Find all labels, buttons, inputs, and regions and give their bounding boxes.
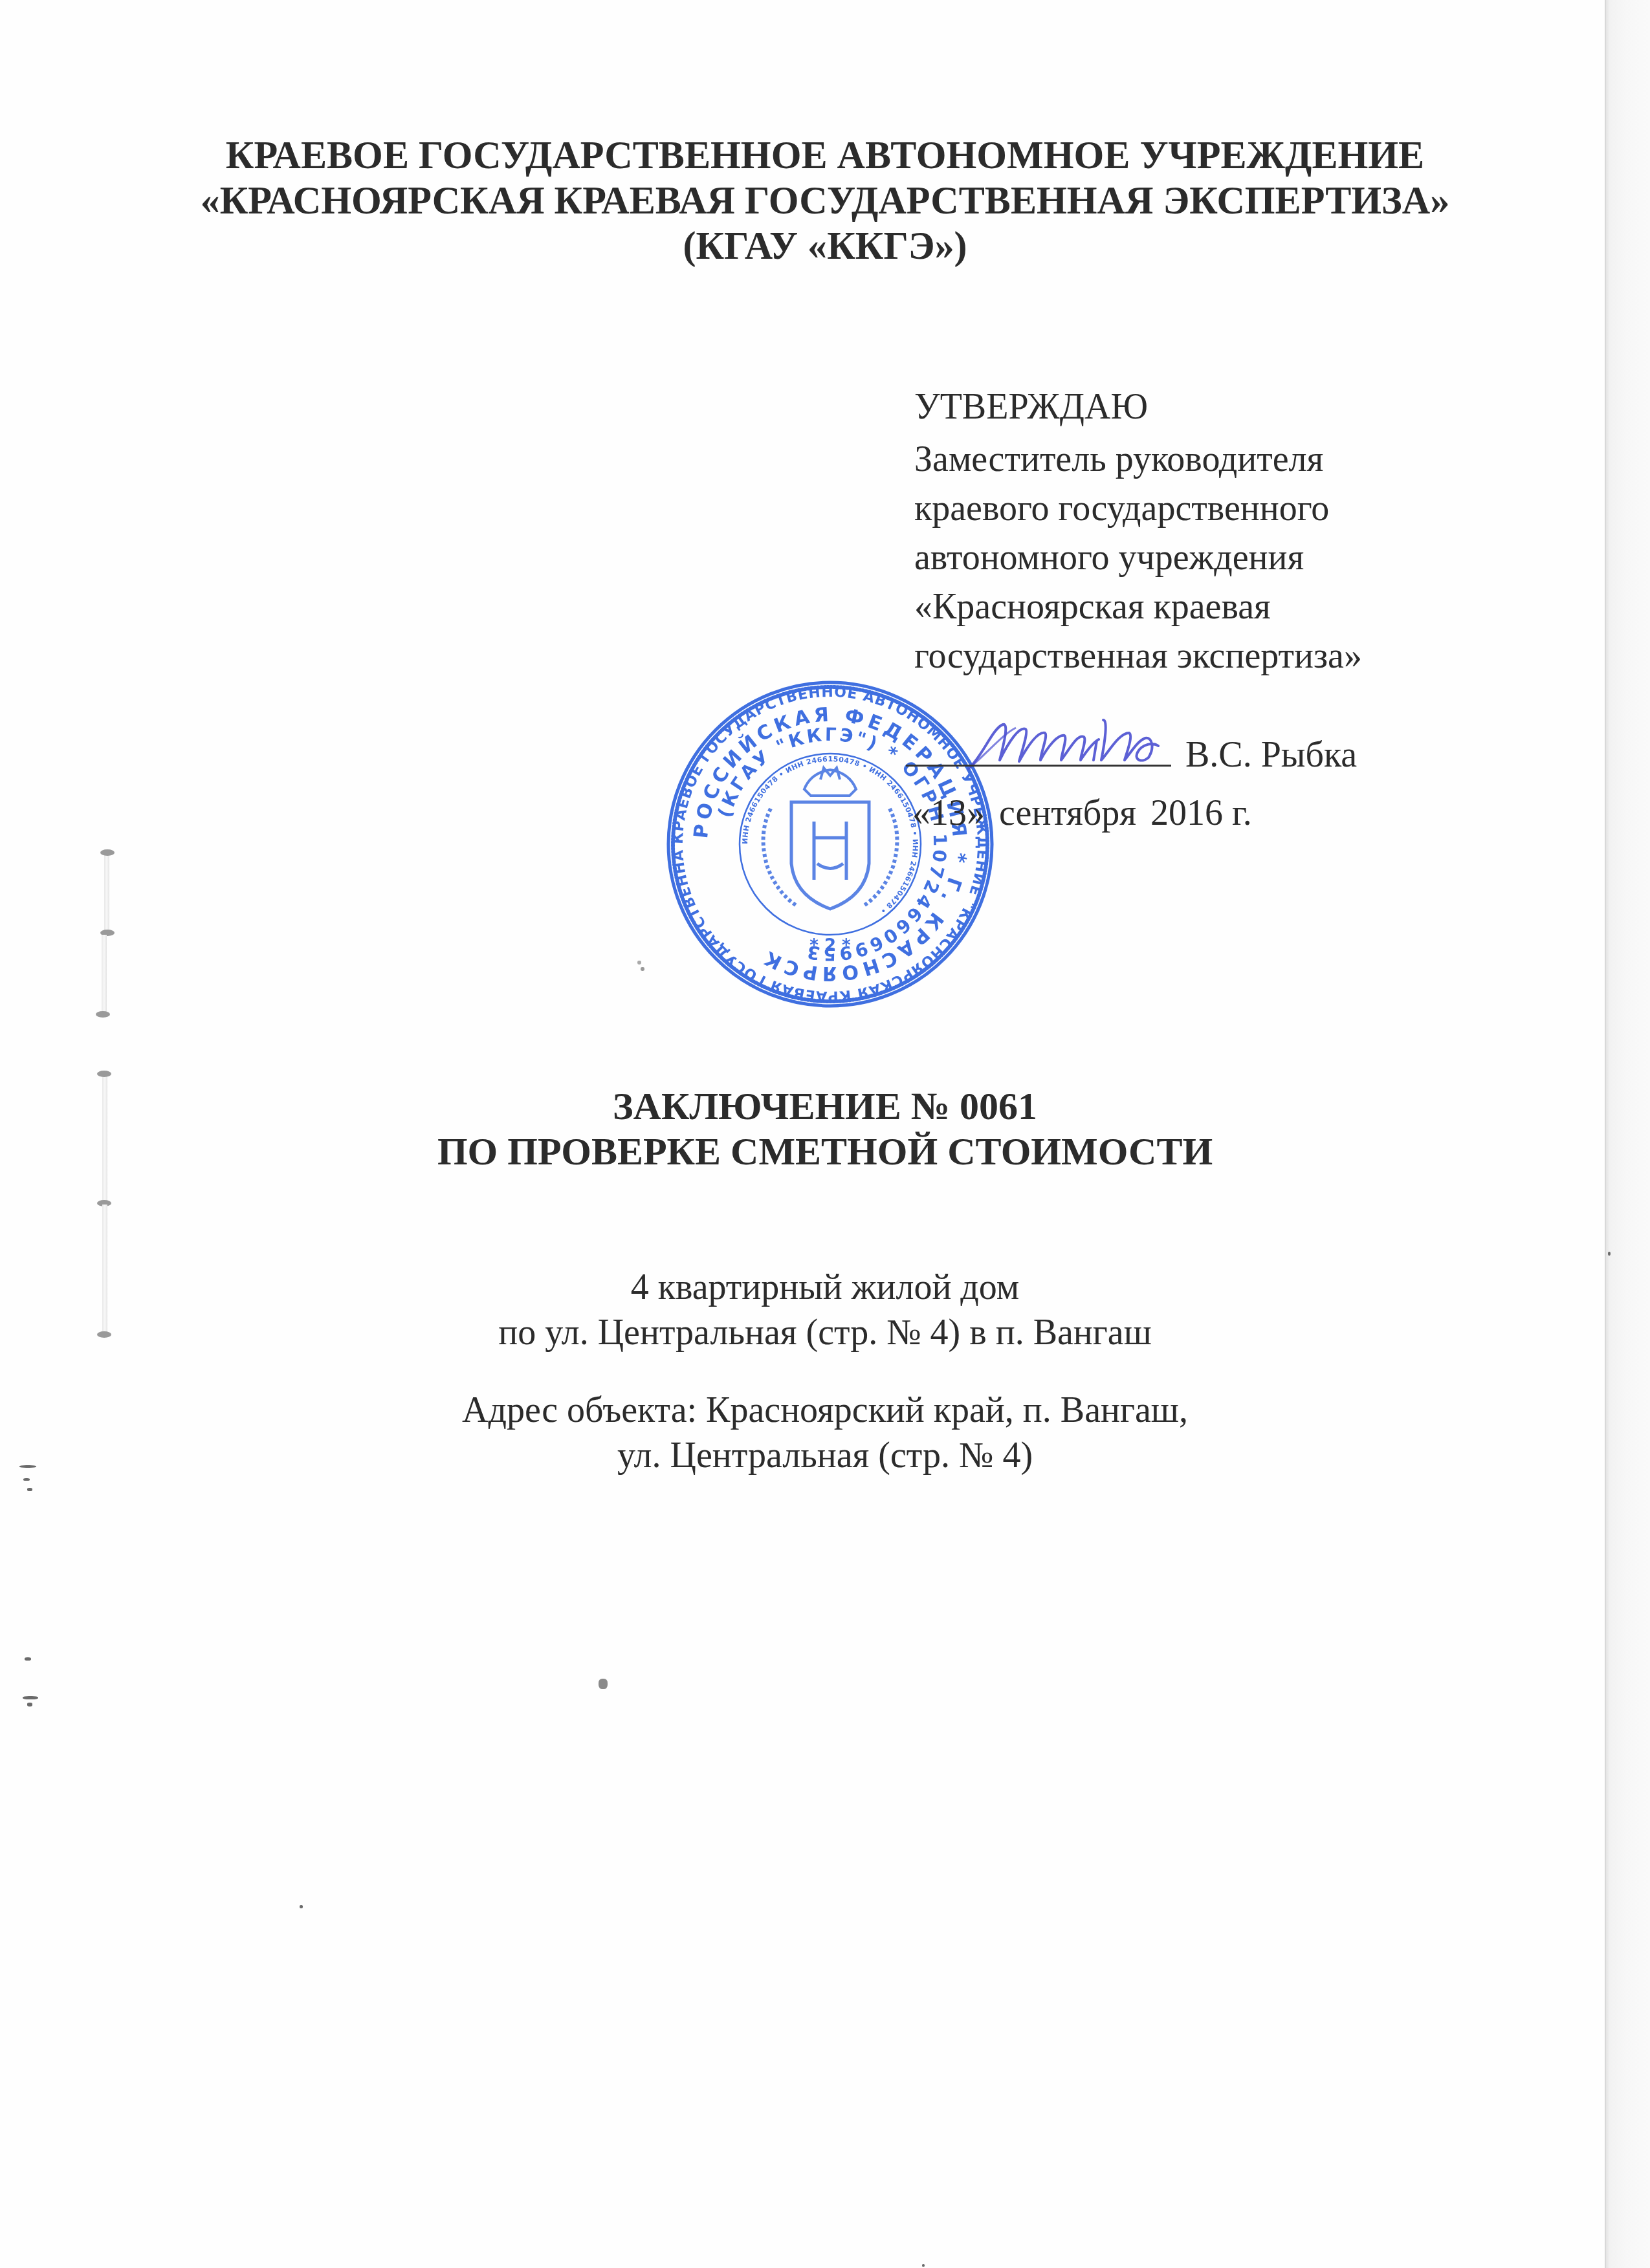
- object-name: 4 квартирный жилой дом по ул. Центральна…: [0, 1265, 1650, 1355]
- object-name-line-1: 4 квартирный жилой дом: [0, 1265, 1650, 1310]
- title-line-1: ЗАКЛЮЧЕНИЕ № 0061: [0, 1084, 1650, 1129]
- organization-header: КРАЕВОЕ ГОСУДАРСТВЕННОЕ АВТОНОМНОЕ УЧРЕЖ…: [25, 133, 1625, 268]
- address-line-2: ул. Центральная (стр. № 4): [0, 1433, 1650, 1478]
- position-line-2: краевого государственного: [914, 484, 1362, 533]
- position-line-4: «Красноярская краевая: [914, 582, 1362, 631]
- title-line-2: ПО ПРОВЕРКЕ СМЕТНОЙ СТОИМОСТИ: [0, 1129, 1650, 1174]
- address-line-1: Адрес объекта: Красноярский край, п. Ван…: [0, 1388, 1650, 1433]
- header-line-3: (КГАУ «ККГЭ»): [25, 223, 1625, 268]
- approval-block: УТВЕРЖДАЮ Заместитель руководителя краев…: [914, 382, 1362, 681]
- position-line-3: автономного учреждения: [914, 533, 1362, 582]
- object-address: Адрес объекта: Красноярский край, п. Ван…: [0, 1388, 1650, 1478]
- date-month: сентября: [999, 793, 1136, 833]
- approval-date: «13»сентября2016 г.: [912, 791, 1252, 836]
- position-line-1: Заместитель руководителя: [914, 435, 1362, 484]
- signature-line: [906, 732, 1171, 767]
- object-name-line-2: по ул. Центральная (стр. № 4) в п. Ванга…: [0, 1310, 1650, 1355]
- stamp-center-label: * 2 *: [809, 936, 851, 955]
- signatory-name: В.С. Рыбка: [1185, 735, 1357, 775]
- position-line-5: государственная экспертиза»: [914, 631, 1362, 681]
- date-year: 2016 г.: [1150, 793, 1252, 833]
- document-title: ЗАКЛЮЧЕНИЕ № 0061 ПО ПРОВЕРКЕ СМЕТНОЙ СТ…: [0, 1084, 1650, 1174]
- signature-row: В.С. Рыбка: [906, 732, 1357, 778]
- header-line-1: КРАЕВОЕ ГОСУДАРСТВЕННОЕ АВТОНОМНОЕ УЧРЕЖ…: [25, 133, 1625, 178]
- coat-of-arms-icon: [764, 768, 897, 909]
- approve-word: УТВЕРЖДАЮ: [914, 382, 1362, 432]
- date-day: «13»: [912, 793, 985, 833]
- header-line-2: «КРАСНОЯРСКАЯ КРАЕВАЯ ГОСУДАРСТВЕННАЯ ЭК…: [25, 178, 1625, 223]
- official-seal-stamp: КРАЕВОЕ ГОСУДАРСТВЕННОЕ АВТОНОМНОЕ УЧРЕЖ…: [662, 676, 998, 1012]
